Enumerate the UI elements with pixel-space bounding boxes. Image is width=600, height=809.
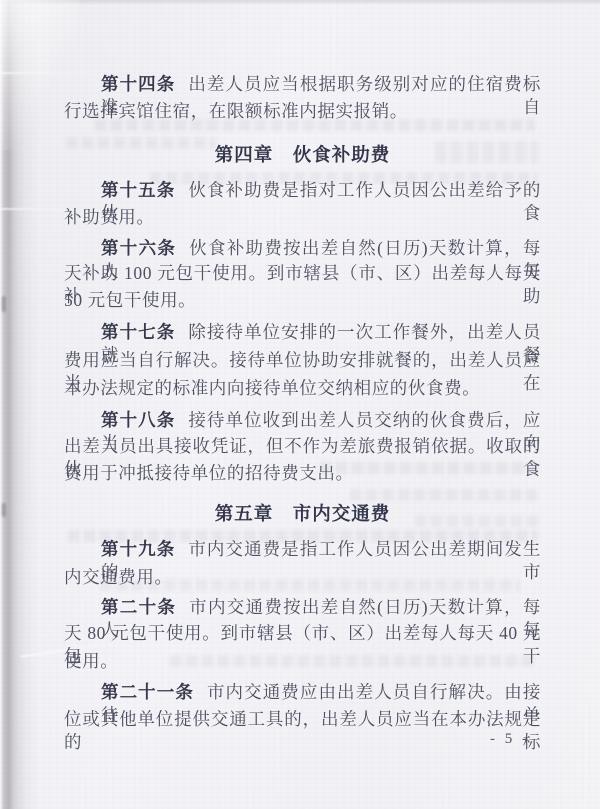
line-text: 内交通费用。	[64, 567, 173, 587]
line-text: 50 元包干使用。	[64, 290, 196, 310]
text-line: 本办法规定的标准内向接待单位交纳相应的伙食费。	[64, 377, 541, 400]
page-number: - 5 -	[490, 731, 530, 748]
line-text: 使用。	[64, 651, 118, 671]
text-line: 位或其他单位提供交通工具的，出差人员应当在本办法规定的标	[64, 708, 541, 754]
binding-edge-shadow	[0, 0, 38, 809]
article-number: 第十六条	[101, 238, 176, 258]
article-number: 第十五条	[101, 180, 175, 200]
line-text: 补助费用。	[64, 207, 155, 227]
article-number: 第十九条	[101, 539, 175, 559]
edge-smudge	[2, 296, 6, 312]
chapter-heading: 第四章 伙食补助费	[64, 141, 541, 167]
article-number: 第二十条	[101, 597, 176, 617]
line-text: 本办法规定的标准内向接待单位交纳相应的伙食费。	[64, 378, 480, 398]
text-line: 50 元包干使用。	[64, 289, 541, 312]
article-number: 第十四条	[101, 74, 175, 94]
text-line: 内交通费用。	[64, 566, 541, 589]
text-line: 使用。	[64, 650, 541, 673]
article-number: 第二十一条	[101, 682, 194, 702]
line-text: 费用于冲抵接待单位的招待费支出。	[64, 463, 354, 483]
chapter-heading: 第五章 市内交通费	[64, 500, 541, 526]
line-text: 位或其他单位提供交通工具的，出差人员应当在本办法规定的标	[64, 709, 541, 752]
article-number: 第十八条	[101, 410, 175, 430]
text-line: 补助费用。	[64, 206, 541, 229]
text-line: 行选择宾馆住宿，在限额标准内据实报销。	[64, 100, 541, 123]
page-top-shadow	[0, 0, 600, 5]
scanned-document-page: 第十四条出差人员应当根据职务级别对应的住宿费标准自 行选择宾馆住宿，在限额标准内…	[0, 0, 600, 809]
article-number: 第十七条	[101, 322, 175, 342]
line-text: 行选择宾馆住宿，在限额标准内据实报销。	[64, 101, 408, 121]
text-line: 费用于冲抵接待单位的招待费支出。	[64, 462, 541, 485]
edge-smudge	[2, 503, 6, 517]
